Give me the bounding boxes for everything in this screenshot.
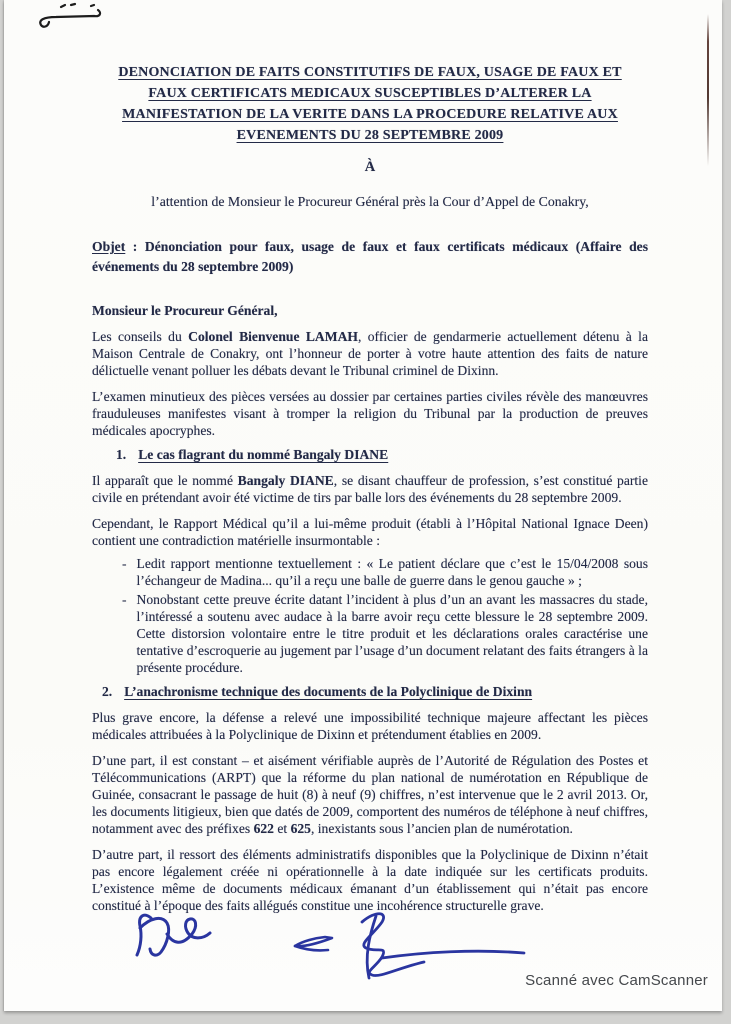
paragraph-intro: Les conseils du Colonel Bienvenue LAMAH,…: [92, 328, 648, 379]
paragraph-cependant: Cependant, le Rapport Médical qu’il a lu…: [92, 515, 648, 549]
bullet-text: Ledit rapport mentionne textuellement : …: [137, 555, 648, 589]
section-1-heading: 1. Le cas flagrant du nommé Bangaly DIAN…: [116, 446, 648, 463]
title-line: EVENEMENTS DU 28 SEPTEMBRE 2009: [104, 125, 636, 146]
paragraph-examen: L’examen minutieux des pièces versées au…: [92, 388, 648, 439]
subject-text: Dénonciation pour faux, usage de faux et…: [92, 239, 648, 274]
document-body: DENONCIATION DE FAITS CONSTITUTIFS DE FA…: [4, 0, 722, 914]
paragraph-apparait: Il apparaît que le nommé Bangaly DIANE, …: [92, 472, 648, 506]
bold-name: Bangaly DIANE: [238, 473, 334, 488]
bullet-dash: -: [120, 555, 127, 589]
paragraph-text: , inexistants sous l’ancien plan de numé…: [311, 821, 573, 836]
section-1-title: Le cas flagrant du nommé Bangaly DIANE: [138, 446, 388, 463]
title-line: FAUX CERTIFICATS MEDICAUX SUSCEPTIBLES D…: [104, 83, 636, 104]
title-line: MANIFESTATION DE LA VERITE DANS LA PROCE…: [104, 104, 636, 125]
bullet-text: Nonobstant cette preuve écrite datant l’…: [137, 591, 648, 676]
section-2-number: 2.: [102, 683, 112, 700]
salutation: Monsieur le Procureur Général,: [92, 302, 648, 319]
scanned-page: DENONCIATION DE FAITS CONSTITUTIFS DE FA…: [4, 0, 722, 1011]
list-item: - Ledit rapport mentionne textuellement …: [120, 555, 648, 589]
paragraph-plus-grave: Plus grave encore, la défense a relevé u…: [92, 709, 648, 743]
section-2-title: L’anachronisme technique des documents d…: [124, 683, 532, 700]
list-item: - Nonobstant cette preuve écrite datant …: [120, 591, 648, 676]
bold-prefix-625: 625: [291, 821, 311, 836]
signature-left: [137, 915, 210, 955]
signature-middle-mark: [295, 937, 332, 950]
section-1-number: 1.: [116, 446, 126, 463]
document-title: DENONCIATION DE FAITS CONSTITUTIFS DE FA…: [92, 62, 648, 146]
bold-name: Colonel Bienvenue LAMAH: [188, 329, 358, 344]
subject-separator: :: [125, 239, 145, 254]
handwritten-signatures: [124, 898, 534, 984]
title-line: DENONCIATION DE FAITS CONSTITUTIFS DE FA…: [104, 62, 636, 83]
addressee-line: l’attention de Monsieur le Procureur Gén…: [92, 193, 648, 210]
section-2-heading: 2. L’anachronisme technique des document…: [102, 683, 648, 700]
paragraph-dune-part: D’une part, il est constant – et aisémen…: [92, 752, 648, 837]
addressee-intro: À: [92, 159, 648, 176]
signature-right: [362, 914, 524, 978]
subject-line: Objet : Dénonciation pour faux, usage de…: [92, 237, 648, 277]
paragraph-text: Il apparaît que le nommé: [92, 473, 238, 488]
bullet-dash: -: [120, 591, 127, 676]
paragraph-text: et: [274, 821, 291, 836]
camscanner-credit: Scanné avec CamScanner: [525, 972, 708, 989]
bold-prefix-622: 622: [254, 821, 274, 836]
subject-label: Objet: [92, 239, 125, 254]
bullet-list: - Ledit rapport mentionne textuellement …: [92, 555, 648, 676]
paragraph-text: Les conseils du: [92, 329, 188, 344]
